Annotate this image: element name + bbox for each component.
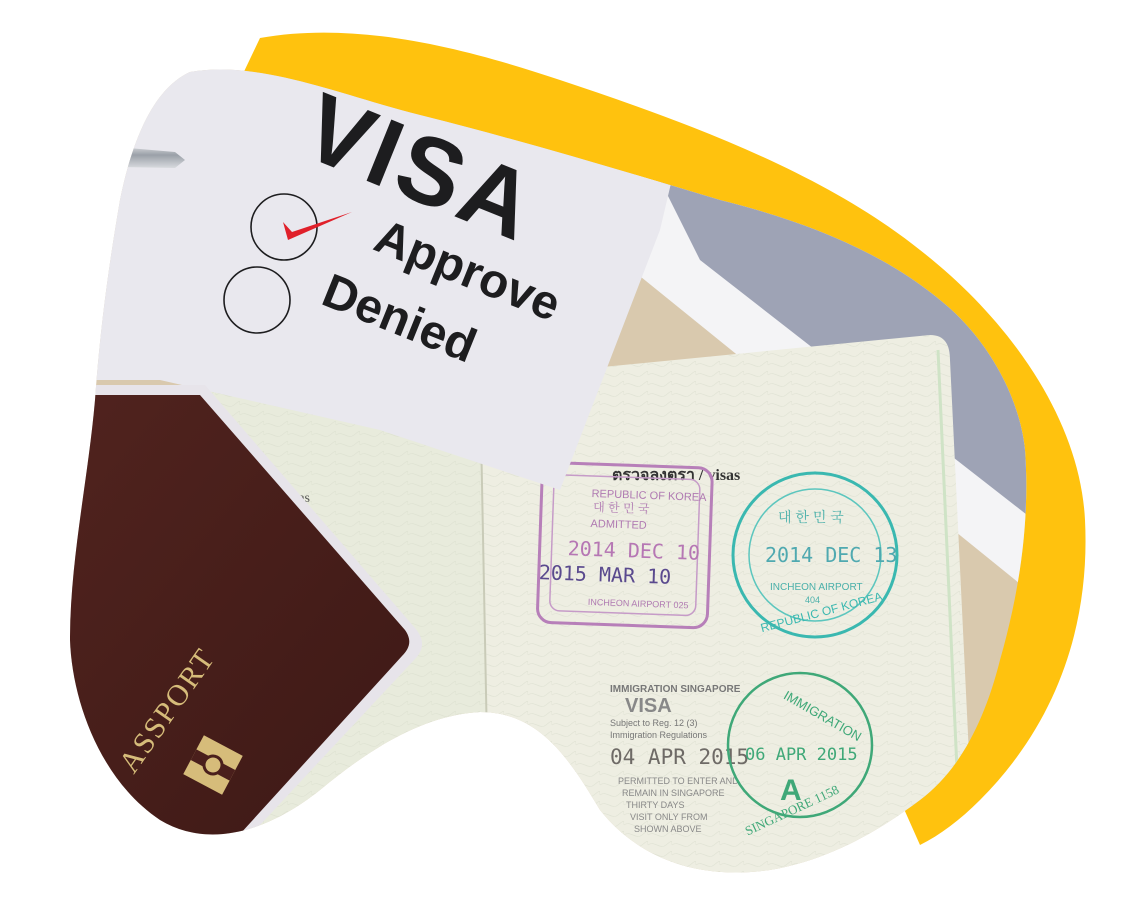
svg-text:대 한 민 국: 대 한 민 국 [778,509,844,525]
page-header: ตรวจลงตรา / visas [612,467,740,484]
svg-text:SHOWN ABOVE: SHOWN ABOVE [634,824,702,834]
svg-text:404: 404 [805,595,820,605]
svg-text:THIRTY DAYS: THIRTY DAYS [626,800,685,810]
svg-text:Subject to Reg. 12 (3): Subject to Reg. 12 (3) [610,718,698,728]
svg-text:PERMITTED TO ENTER AND: PERMITTED TO ENTER AND [618,776,739,786]
svg-text:2014 DEC 10: 2014 DEC 10 [567,536,700,565]
svg-text:2014 DEC 13: 2014 DEC 13 [765,543,897,567]
stamp-overprint-date: 2015 MAR 10 [538,560,671,589]
svg-text:IMMIGRATION SINGAPORE: IMMIGRATION SINGAPORE [610,684,741,695]
svg-text:대 한 민 국: 대 한 민 국 [593,499,650,516]
svg-text:REMAIN IN SINGAPORE: REMAIN IN SINGAPORE [622,788,725,798]
svg-text:Immigration Regulations: Immigration Regulations [610,730,708,740]
svg-text:VISIT ONLY FROM: VISIT ONLY FROM [630,812,708,822]
masked-photo-scene: visas ตรวจลงตรา / visas REPUBLIC OF KORE… [0,0,1140,907]
svg-text:06 APR 2015: 06 APR 2015 [745,745,858,765]
image-stage: visas ตรวจลงตรา / visas REPUBLIC OF KORE… [0,0,1140,907]
svg-text:ADMITTED: ADMITTED [590,518,647,532]
svg-text:VISA: VISA [625,695,672,717]
svg-text:INCHEON AIRPORT: INCHEON AIRPORT [770,582,863,593]
